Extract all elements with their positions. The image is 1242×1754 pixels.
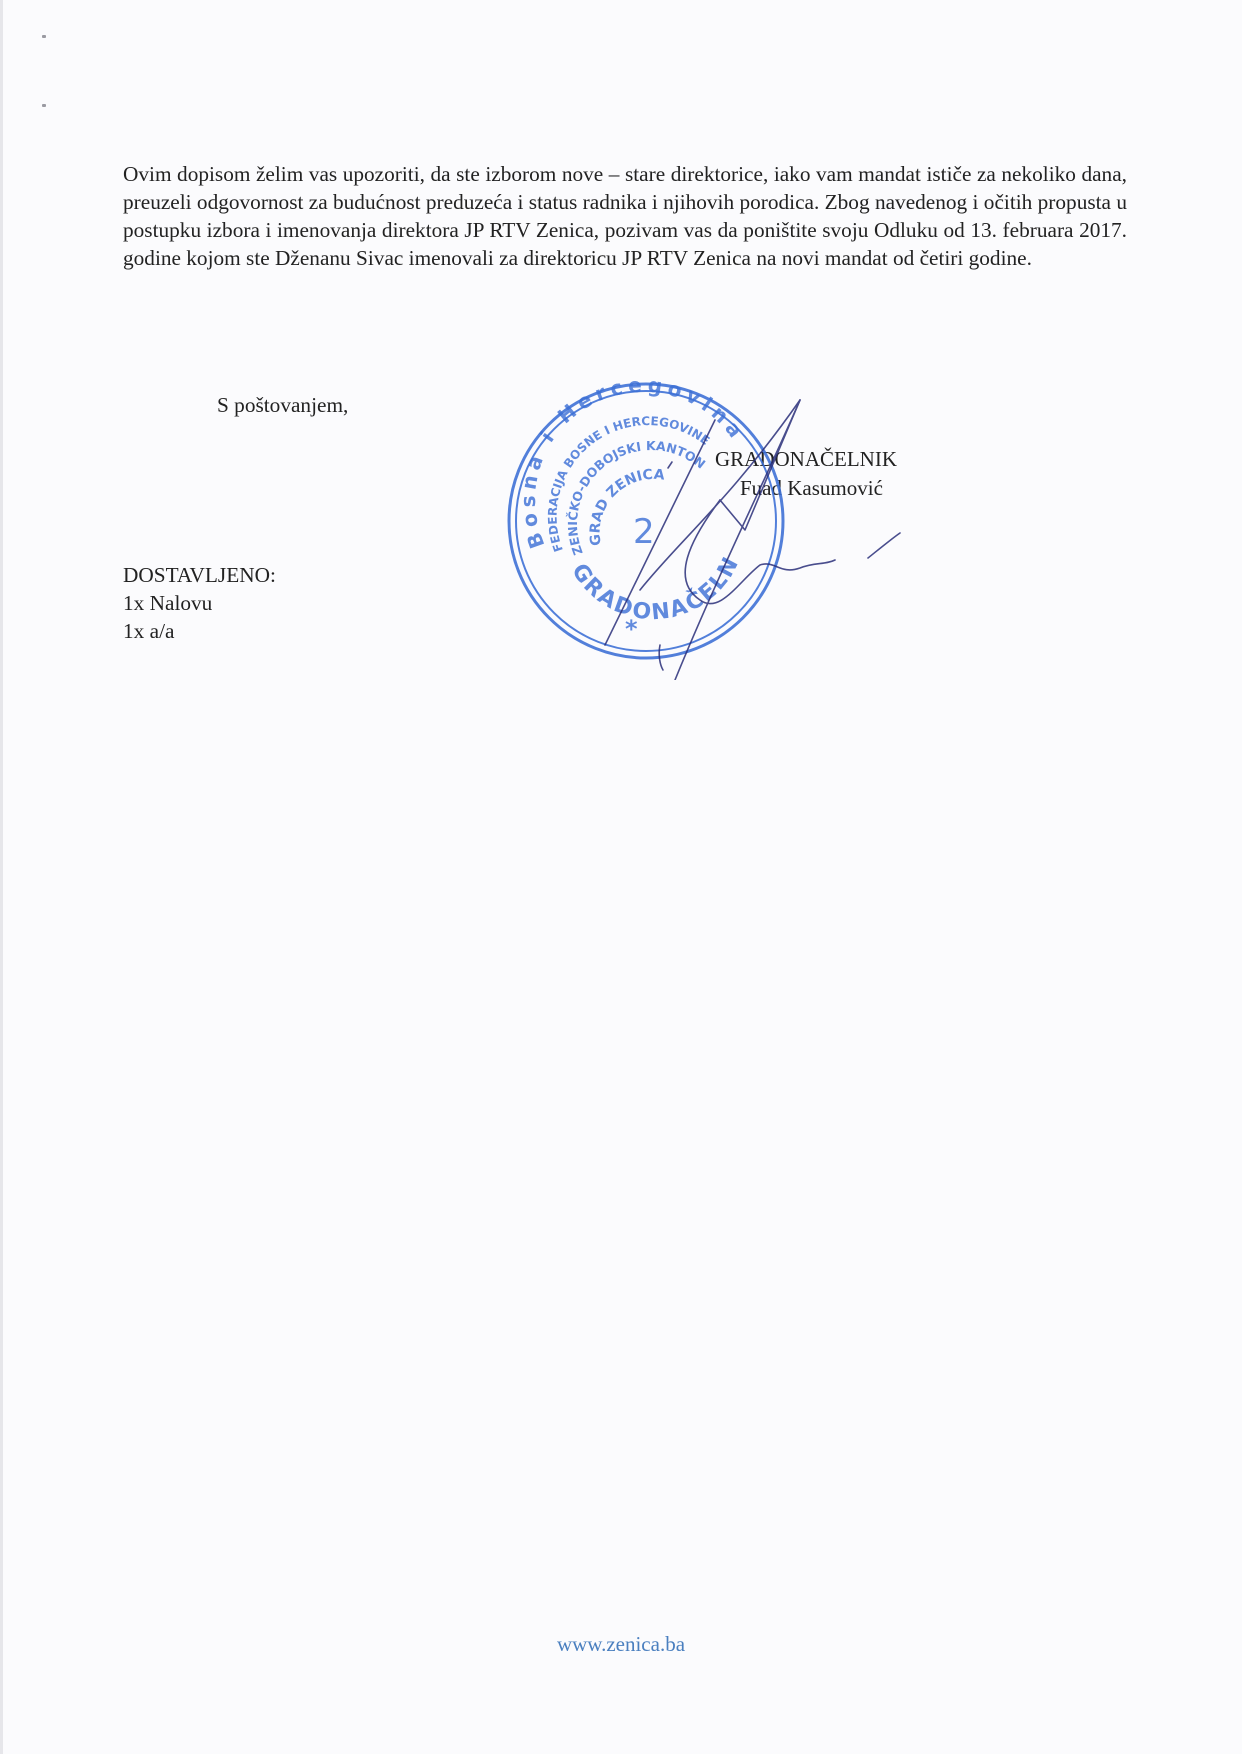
signatory-title: GRADONAČELNIK bbox=[715, 445, 897, 473]
scan-speck bbox=[42, 104, 46, 107]
stamp-bottom-text: GRADONAČELNIK bbox=[505, 375, 745, 625]
svg-text:FEDERACIJA BOSNE I HERCEGOVINE: FEDERACIJA BOSNE I HERCEGOVINE bbox=[546, 414, 713, 554]
stamp-line-1: FEDERACIJA BOSNE I HERCEGOVINE bbox=[546, 414, 713, 554]
stamp-line-2: ZENIČKO-DOBOJSKI KANTON bbox=[565, 438, 708, 557]
page-edge bbox=[0, 0, 3, 1754]
distribution-list: DOSTAVLJENO: 1x Nalovu 1x a/a bbox=[123, 561, 276, 645]
letter-body-paragraph: Ovim dopisom želim vas upozoriti, da ste… bbox=[123, 160, 1127, 272]
scan-speck bbox=[42, 35, 46, 38]
stamp-star: * bbox=[625, 615, 638, 643]
svg-text:GRADONAČELNIK: GRADONAČELNIK bbox=[505, 375, 745, 625]
stamp-number: 2 bbox=[633, 512, 655, 552]
closing-salutation: S poštovanjem, bbox=[217, 391, 348, 419]
website-link[interactable]: www.zenica.ba bbox=[557, 1632, 685, 1656]
official-stamp-icon: Bosna i Hercegovina FEDERACIJA BOSNE I H… bbox=[505, 375, 795, 670]
signatory-name: Fuad Kasumović bbox=[740, 474, 883, 502]
distribution-item: 1x a/a bbox=[123, 617, 276, 645]
svg-text:GRAD ZENICA: GRAD ZENICA bbox=[587, 467, 665, 547]
distribution-heading: DOSTAVLJENO: bbox=[123, 561, 276, 589]
svg-text:ZENIČKO-DOBOJSKI KANTON: ZENIČKO-DOBOJSKI KANTON bbox=[565, 438, 708, 557]
footer: www.zenica.ba bbox=[0, 1632, 1242, 1657]
distribution-item: 1x Nalovu bbox=[123, 589, 276, 617]
handwritten-signature-icon bbox=[600, 390, 1000, 680]
stamp-line-3: GRAD ZENICA bbox=[587, 467, 665, 547]
